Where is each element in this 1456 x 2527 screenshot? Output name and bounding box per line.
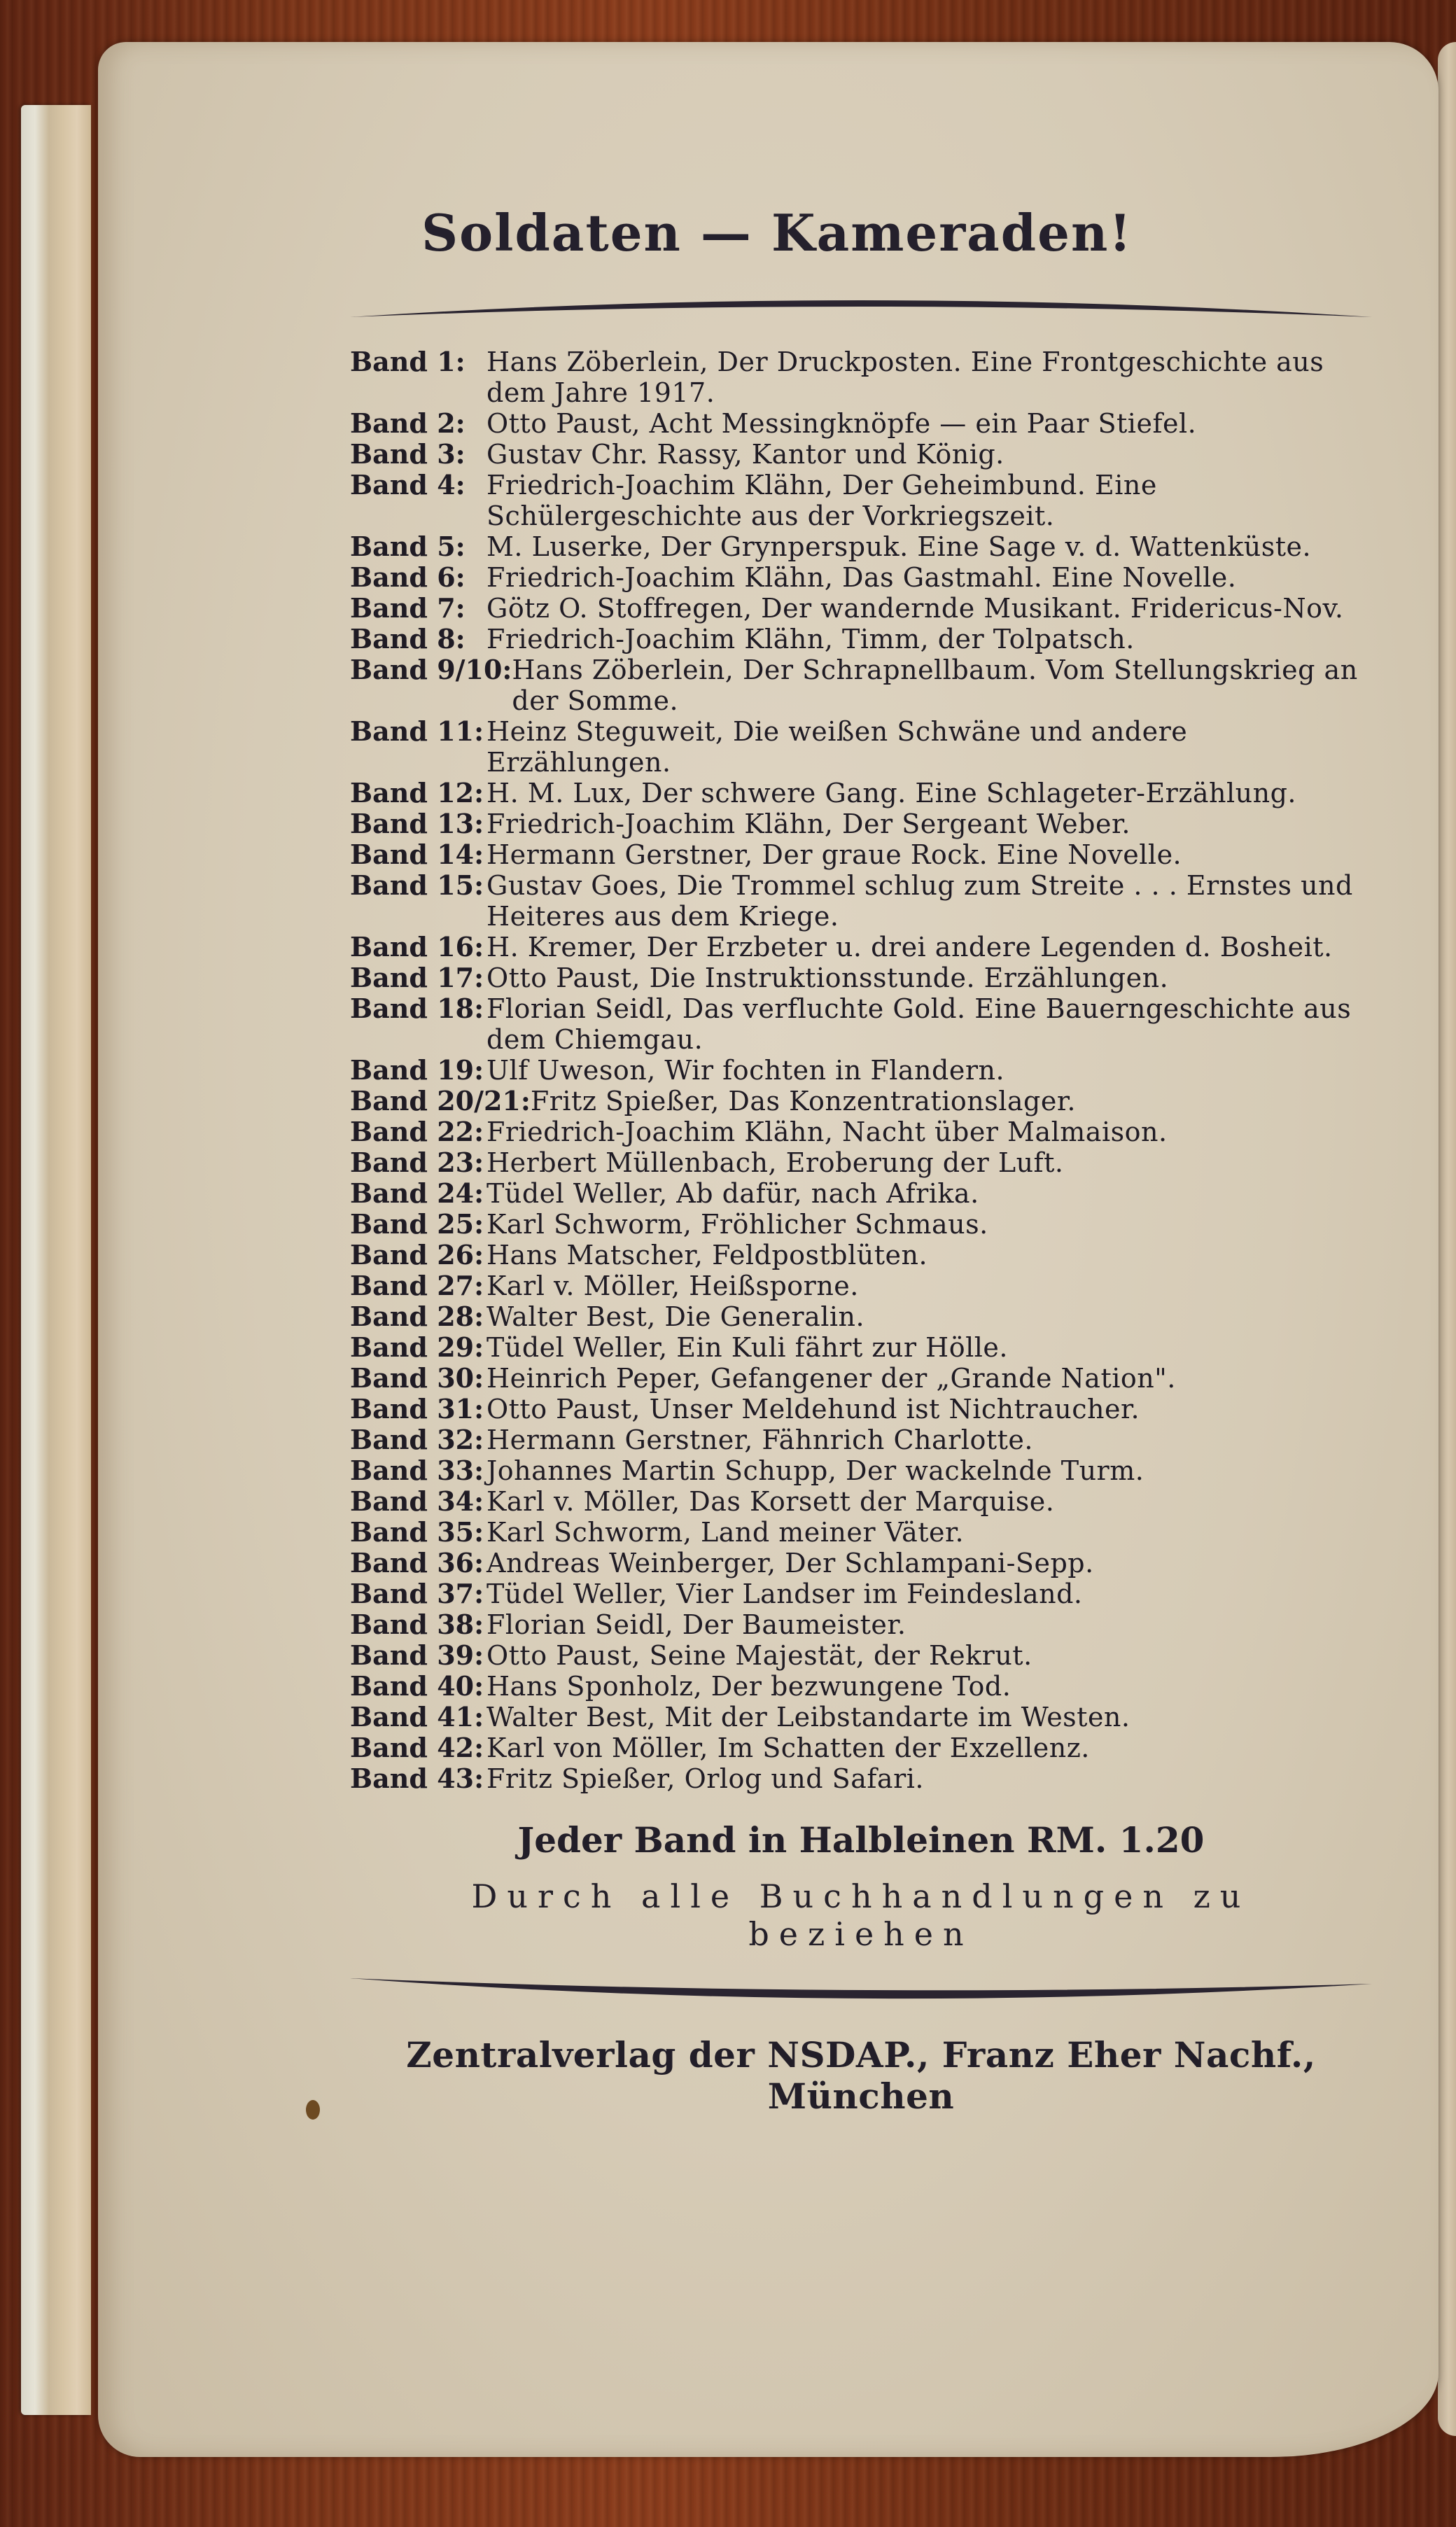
volume-label: Band [350, 438, 428, 470]
volume-title: Otto Paust, Die Instruktionsstunde. Erzä… [486, 962, 1372, 993]
volume-label: Band [350, 715, 428, 747]
volume-label: Band [350, 346, 428, 377]
list-item: Band 9/10:Hans Zöberlein, Der Schrapnell… [350, 654, 1372, 716]
volume-number: Band 24: [350, 1178, 486, 1209]
volume-number: Band 8: [350, 624, 486, 654]
volume-label: Band [350, 1147, 428, 1178]
list-item: Band 15:Gustav Goes, Die Trommel schlug … [350, 870, 1372, 932]
volume-number: Band 2: [350, 408, 486, 439]
volume-number: Band 22: [350, 1116, 486, 1147]
list-item: Band 27:Karl v. Möller, Heißsporne. [350, 1270, 1372, 1301]
page-content: Soldaten — Kameraden! Band 1:Hans Zöberl… [252, 203, 1372, 2117]
list-item: Band 8:Friedrich-Joachim Klähn, Timm, de… [350, 624, 1372, 654]
volume-number: Band 34: [350, 1486, 486, 1517]
volume-label: Band [350, 1362, 428, 1394]
list-item: Band 4:Friedrich-Joachim Klähn, Der Gehe… [350, 470, 1372, 531]
volume-title: Friedrich-Joachim Klähn, Timm, der Tolpa… [486, 624, 1372, 654]
volume-index: 9/10: [437, 654, 512, 685]
volume-label: Band [350, 1393, 428, 1424]
volume-index: 12: [437, 778, 484, 808]
volume-number: Band 13: [350, 808, 486, 839]
volume-index: 31: [437, 1394, 484, 1424]
volume-title: Karl v. Möller, Das Korsett der Marquise… [486, 1486, 1372, 1517]
list-item: Band 43:Fritz Spießer, Orlog und Safari. [350, 1763, 1372, 1794]
volume-title: Walter Best, Die Generalin. [486, 1301, 1372, 1332]
volume-title: Otto Paust, Acht Messingknöpfe — ein Paa… [486, 408, 1372, 439]
volume-number: Band 31: [350, 1394, 486, 1424]
volume-index: 8: [437, 624, 465, 654]
list-item: Band 20/21:Fritz Spießer, Das Konzentrat… [350, 1086, 1372, 1116]
volume-number: Band 19: [350, 1055, 486, 1086]
volume-index: 15: [437, 870, 484, 901]
volume-index: 24: [437, 1178, 484, 1209]
volume-number: Band 32: [350, 1424, 486, 1455]
distribution-line: Durch alle Buchhandlungen zu beziehen [350, 1877, 1372, 1953]
volume-title: Karl Schworm, Land meiner Väter. [486, 1517, 1372, 1548]
volume-number: Band 43: [350, 1763, 486, 1794]
list-item: Band 41:Walter Best, Mit der Leibstandar… [350, 1702, 1372, 1732]
volume-number: Band 7: [350, 593, 486, 624]
volume-index: 1: [437, 346, 465, 377]
volume-title: Heinrich Peper, Gefangener der „Grande N… [486, 1363, 1372, 1394]
volume-title: Tüdel Weller, Ab dafür, nach Afrika. [486, 1178, 1372, 1209]
list-item: Band 29:Tüdel Weller, Ein Kuli fährt zur… [350, 1332, 1372, 1363]
volume-index: 40: [437, 1671, 484, 1702]
volume-title: Friedrich-Joachim Klähn, Der Geheimbund.… [486, 470, 1372, 531]
list-item: Band 38:Florian Seidl, Der Baumeister. [350, 1609, 1372, 1640]
volume-number: Band 42: [350, 1732, 486, 1763]
volume-index: 30: [437, 1363, 484, 1394]
volume-label: Band [350, 1208, 428, 1240]
volume-index: 23: [437, 1147, 484, 1178]
volume-title: Otto Paust, Unser Meldehund ist Nichtrau… [486, 1394, 1372, 1424]
page-title: Soldaten — Kameraden! [322, 203, 1232, 262]
list-item: Band 11:Heinz Steguweit, Die weißen Schw… [350, 716, 1372, 778]
list-item: Band 34:Karl v. Möller, Das Korsett der … [350, 1486, 1372, 1517]
volume-index: 6: [437, 562, 465, 593]
list-item: Band 2:Otto Paust, Acht Messingknöpfe — … [350, 408, 1372, 439]
volume-index: 19: [437, 1055, 484, 1086]
volume-index: 5: [437, 531, 465, 562]
volume-label: Band [350, 623, 428, 654]
volume-index: 29: [437, 1332, 484, 1363]
publisher-line: Zentralverlag der NSDAP., Franz Eher Nac… [350, 2034, 1372, 2117]
volume-index: 20/21: [437, 1086, 531, 1116]
volume-label: Band [350, 1516, 428, 1548]
volume-number: Band 11: [350, 716, 486, 747]
volume-label: Band [350, 808, 428, 839]
volume-title: Tüdel Weller, Ein Kuli fährt zur Hölle. [486, 1332, 1372, 1363]
volume-label: Band [350, 1331, 428, 1363]
volume-title: Friedrich-Joachim Klähn, Nacht über Malm… [486, 1116, 1372, 1147]
volume-title: Hermann Gerstner, Fähnrich Charlotte. [486, 1424, 1372, 1455]
list-item: Band 22:Friedrich-Joachim Klähn, Nacht ü… [350, 1116, 1372, 1147]
list-item: Band 17:Otto Paust, Die Instruktionsstun… [350, 962, 1372, 993]
volume-index: 18: [437, 993, 484, 1024]
list-item: Band 31:Otto Paust, Unser Meldehund ist … [350, 1394, 1372, 1424]
volume-number: Band 5: [350, 531, 486, 562]
volume-index: 35: [437, 1517, 484, 1548]
volume-label: Band [350, 1301, 428, 1332]
volume-title: Hans Matscher, Feldpostblüten. [486, 1240, 1372, 1270]
volume-number: Band 16: [350, 932, 486, 962]
volume-label: Band [350, 407, 428, 439]
volume-title: Friedrich-Joachim Klähn, Das Gastmahl. E… [486, 562, 1372, 593]
list-item: Band 36:Andreas Weinberger, Der Schlampa… [350, 1548, 1372, 1578]
volume-title: Johannes Martin Schupp, Der wackelnde Tu… [486, 1455, 1372, 1486]
volume-title: Fritz Spießer, Das Konzentrationslager. [531, 1086, 1372, 1116]
volume-index: 4: [437, 470, 465, 500]
volume-title: Friedrich-Joachim Klähn, Der Sergeant We… [486, 808, 1372, 839]
volume-index: 37: [437, 1578, 484, 1609]
decorative-rule-top [350, 290, 1372, 325]
decorative-rule-bottom [350, 1974, 1372, 2016]
volume-label: Band [350, 1609, 428, 1640]
volume-label: Band [350, 1701, 428, 1732]
volume-title: Otto Paust, Seine Majestät, der Rekrut. [486, 1640, 1372, 1671]
volume-title: Florian Seidl, Das verfluchte Gold. Eine… [486, 993, 1372, 1055]
list-item: Band 23:Herbert Müllenbach, Eroberung de… [350, 1147, 1372, 1178]
volume-number: Band 25: [350, 1209, 486, 1240]
volume-title: Herbert Müllenbach, Eroberung der Luft. [486, 1147, 1372, 1178]
volume-label: Band [350, 654, 428, 685]
volume-title: Andreas Weinberger, Der Schlampani-Sepp. [486, 1548, 1372, 1578]
volume-title: Karl Schworm, Fröhlicher Schmaus. [486, 1209, 1372, 1240]
volume-label: Band [350, 1578, 428, 1609]
volume-label: Band [350, 1085, 428, 1116]
volume-number: Band 37: [350, 1578, 486, 1609]
volume-number: Band 4: [350, 470, 486, 500]
list-item: Band 30:Heinrich Peper, Gefangener der „… [350, 1363, 1372, 1394]
volume-title: Karl von Möller, Im Schatten der Exzelle… [486, 1732, 1372, 1763]
list-item: Band 40:Hans Sponholz, Der bezwungene To… [350, 1671, 1372, 1702]
volume-number: Band 14: [350, 839, 486, 870]
list-item: Band 1:Hans Zöberlein, Der Druckposten. … [350, 346, 1372, 408]
volume-label: Band [350, 592, 428, 624]
volume-number: Band 35: [350, 1517, 486, 1548]
volume-label: Band [350, 1054, 428, 1086]
list-item: Band 16:H. Kremer, Der Erzbeter u. drei … [350, 932, 1372, 962]
volume-number: Band 15: [350, 870, 486, 901]
volume-title: Götz O. Stoffregen, Der wandernde Musika… [486, 593, 1372, 624]
volume-index: 42: [437, 1732, 484, 1763]
volume-label: Band [350, 931, 428, 962]
volume-number: Band 30: [350, 1363, 486, 1394]
volume-label: Band [350, 993, 428, 1024]
volume-number: Band 36: [350, 1548, 486, 1578]
volume-label: Band [350, 1424, 428, 1455]
volume-index: 27: [437, 1270, 484, 1301]
volume-label: Band [350, 1116, 428, 1147]
volume-list: Band 1:Hans Zöberlein, Der Druckposten. … [350, 346, 1372, 1794]
list-item: Band 37:Tüdel Weller, Vier Landser im Fe… [350, 1578, 1372, 1609]
volume-title: Hans Zöberlein, Der Druckposten. Eine Fr… [486, 346, 1372, 408]
volume-title: Tüdel Weller, Vier Landser im Feindeslan… [486, 1578, 1372, 1609]
volume-index: 39: [437, 1640, 484, 1671]
volume-index: 41: [437, 1702, 484, 1732]
volume-title: Walter Best, Mit der Leibstandarte im We… [486, 1702, 1372, 1732]
volume-number: Band 33: [350, 1455, 486, 1486]
volume-index: 3: [437, 439, 465, 470]
volume-title: Gustav Chr. Rassy, Kantor und König. [486, 439, 1372, 470]
volume-label: Band [350, 839, 428, 870]
volume-number: Band 20/21: [350, 1086, 531, 1116]
volume-index: 32: [437, 1424, 484, 1455]
list-item: Band 12:H. M. Lux, Der schwere Gang. Ein… [350, 778, 1372, 808]
list-item: Band 5:M. Luserke, Der Grynperspuk. Eine… [350, 531, 1372, 562]
list-item: Band 19:Ulf Uweson, Wir fochten in Fland… [350, 1055, 1372, 1086]
list-item: Band 39:Otto Paust, Seine Majestät, der … [350, 1640, 1372, 1671]
volume-number: Band 1: [350, 346, 486, 377]
volume-label: Band [350, 469, 428, 500]
volume-label: Band [350, 1177, 428, 1209]
list-item: Band 24:Tüdel Weller, Ab dafür, nach Afr… [350, 1178, 1372, 1209]
volume-label: Band [350, 531, 428, 562]
list-item: Band 32:Hermann Gerstner, Fähnrich Charl… [350, 1424, 1372, 1455]
volume-title: H. Kremer, Der Erzbeter u. drei andere L… [486, 932, 1372, 962]
volume-index: 13: [437, 808, 484, 839]
volume-title: H. M. Lux, Der schwere Gang. Eine Schlag… [486, 778, 1372, 808]
list-item: Band 26:Hans Matscher, Feldpostblüten. [350, 1240, 1372, 1270]
volume-label: Band [350, 1455, 428, 1486]
volume-index: 22: [437, 1116, 484, 1147]
volume-number: Band 3: [350, 439, 486, 470]
volume-number: Band 18: [350, 993, 486, 1024]
price-line: Jeder Band in Halbleinen RM. 1.20 [350, 1819, 1372, 1861]
volume-number: Band 29: [350, 1332, 486, 1363]
volume-number: Band 23: [350, 1147, 486, 1178]
volume-number: Band 41: [350, 1702, 486, 1732]
volume-index: 28: [437, 1301, 484, 1332]
volume-label: Band [350, 561, 428, 593]
volume-title: Gustav Goes, Die Trommel schlug zum Stre… [486, 870, 1372, 932]
list-item: Band 18:Florian Seidl, Das verfluchte Go… [350, 993, 1372, 1055]
list-item: Band 25:Karl Schworm, Fröhlicher Schmaus… [350, 1209, 1372, 1240]
list-item: Band 33:Johannes Martin Schupp, Der wack… [350, 1455, 1372, 1486]
volume-number: Band 12: [350, 778, 486, 808]
volume-label: Band [350, 1485, 428, 1517]
volume-index: 2: [437, 408, 465, 439]
volume-number: Band 26: [350, 1240, 486, 1270]
volume-index: 7: [437, 593, 465, 624]
adjacent-page-edge [1438, 42, 1456, 2436]
volume-number: Band 27: [350, 1270, 486, 1301]
book-binding-edge [21, 105, 91, 2415]
volume-number: Band 17: [350, 962, 486, 993]
volume-title: Hans Sponholz, Der bezwungene Tod. [486, 1671, 1372, 1702]
volume-label: Band [350, 777, 428, 808]
volume-index: 11: [437, 716, 484, 747]
volume-title: Ulf Uweson, Wir fochten in Flandern. [486, 1055, 1372, 1086]
volume-title: Florian Seidl, Der Baumeister. [486, 1609, 1372, 1640]
list-item: Band 35:Karl Schworm, Land meiner Väter. [350, 1517, 1372, 1548]
volume-title: Karl v. Möller, Heißsporne. [486, 1270, 1372, 1301]
volume-label: Band [350, 1763, 428, 1794]
volume-index: 34: [437, 1486, 484, 1517]
volume-number: Band 40: [350, 1671, 486, 1702]
volume-title: Hermann Gerstner, Der graue Rock. Eine N… [486, 839, 1372, 870]
volume-index: 43: [437, 1763, 484, 1794]
volume-label: Band [350, 869, 428, 901]
volume-number: Band 39: [350, 1640, 486, 1671]
volume-number: Band 9/10: [350, 654, 512, 685]
volume-index: 14: [437, 839, 484, 870]
volume-title: M. Luserke, Der Grynperspuk. Eine Sage v… [486, 531, 1372, 562]
volume-label: Band [350, 1270, 428, 1301]
volume-label: Band [350, 1639, 428, 1671]
volume-title: Heinz Steguweit, Die weißen Schwäne und … [486, 716, 1372, 778]
volume-index: 36: [437, 1548, 484, 1578]
volume-index: 26: [437, 1240, 484, 1270]
list-item: Band 3:Gustav Chr. Rassy, Kantor und Kön… [350, 439, 1372, 470]
list-item: Band 14:Hermann Gerstner, Der graue Rock… [350, 839, 1372, 870]
list-item: Band 6:Friedrich-Joachim Klähn, Das Gast… [350, 562, 1372, 593]
list-item: Band 13:Friedrich-Joachim Klähn, Der Ser… [350, 808, 1372, 839]
volume-index: 25: [437, 1209, 484, 1240]
volume-index: 16: [437, 932, 484, 962]
volume-index: 33: [437, 1455, 484, 1486]
volume-label: Band [350, 1239, 428, 1270]
volume-index: 38: [437, 1609, 484, 1640]
list-item: Band 7:Götz O. Stoffregen, Der wandernde… [350, 593, 1372, 624]
volume-number: Band 28: [350, 1301, 486, 1332]
volume-label: Band [350, 1547, 428, 1578]
volume-label: Band [350, 962, 428, 993]
volume-label: Band [350, 1732, 428, 1763]
volume-number: Band 38: [350, 1609, 486, 1640]
volume-index: 17: [437, 962, 484, 993]
volume-number: Band 6: [350, 562, 486, 593]
volume-title: Fritz Spießer, Orlog und Safari. [486, 1763, 1372, 1794]
list-item: Band 28:Walter Best, Die Generalin. [350, 1301, 1372, 1332]
volume-title: Hans Zöberlein, Der Schrapnellbaum. Vom … [512, 654, 1372, 716]
list-item: Band 42:Karl von Möller, Im Schatten der… [350, 1732, 1372, 1763]
volume-label: Band [350, 1670, 428, 1702]
